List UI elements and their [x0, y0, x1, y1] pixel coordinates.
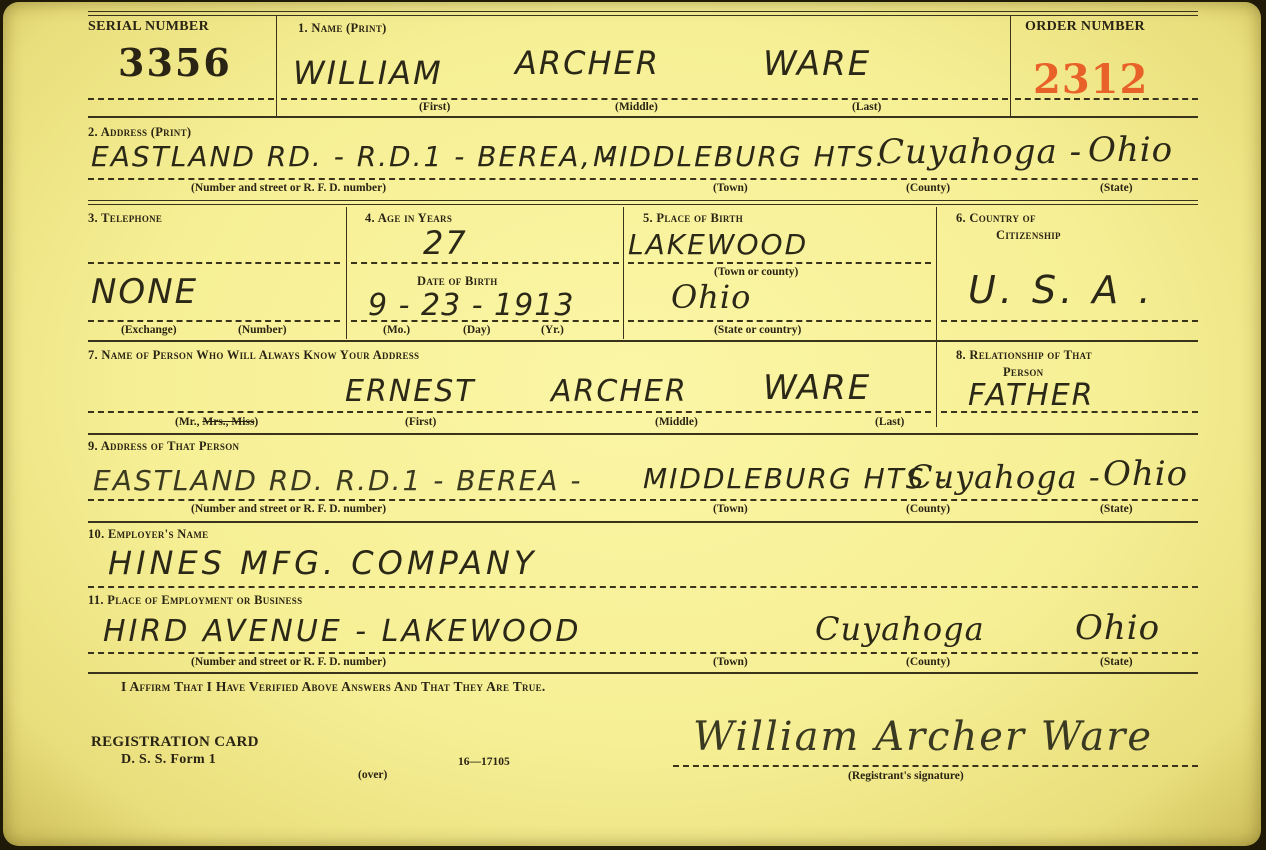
address-state-value: Ohio — [1088, 130, 1173, 170]
dob-line — [351, 320, 619, 322]
form-number: D. S. S. Form 1 — [121, 752, 216, 768]
relationship-label-line1: 8. Relationship of That — [956, 348, 1092, 363]
birthplace-label: 5. Place of Birth — [643, 211, 743, 226]
birthplace-line — [628, 262, 931, 264]
serial-line — [88, 98, 274, 100]
relationship-value: Father — [968, 378, 1095, 413]
employment-town-sublabel: (Town) — [713, 656, 748, 668]
registration-card-title: REGISTRATION CARD — [91, 734, 259, 751]
order-number-value: 2312 — [1033, 56, 1148, 103]
telephone-number-sublabel: (Number) — [238, 324, 287, 336]
telephone-line — [88, 262, 340, 264]
contact-address-state-sublabel: (State) — [1100, 503, 1133, 515]
telephone-label: 3. Telephone — [88, 211, 162, 226]
dob-year-sublabel: (Yr.) — [541, 324, 564, 336]
contact-address-town-value: Middleburg Hts - — [643, 462, 949, 495]
divider — [276, 16, 277, 116]
date-of-birth-label: Date of Birth — [417, 274, 498, 289]
employment-place-county-value: Cuyahoga — [815, 610, 985, 648]
registrant-signature: William Archer Ware — [693, 714, 1153, 760]
dob-month-sublabel: (Mo.) — [383, 324, 410, 336]
address-state-sublabel: (State) — [1100, 182, 1133, 194]
address-county-sublabel: (County) — [906, 182, 950, 194]
telephone-exchange-sublabel: (Exchange) — [121, 324, 177, 336]
name-first-value: William — [293, 54, 443, 92]
title-mr: (Mr., — [175, 416, 199, 428]
citizenship-line — [941, 320, 1198, 322]
name-last-value: Ware — [763, 44, 871, 84]
name-middle-value: Archer — [515, 44, 660, 82]
telephone-value: None — [91, 272, 198, 312]
birthplace-town-value: Lakewood — [628, 228, 808, 261]
name-first-sublabel: (First) — [419, 101, 450, 113]
contact-first-sublabel: (First) — [405, 416, 436, 428]
telephone-line — [88, 320, 340, 322]
employer-line — [88, 586, 1198, 588]
date-of-birth-value: 9 - 23 - 1913 — [368, 288, 574, 323]
contact-title-sublabel: (Mr., Mrs., Miss) — [175, 416, 258, 428]
age-value: 27 — [423, 224, 468, 262]
employment-state-sublabel: (State) — [1100, 656, 1133, 668]
employer-label: 10. Employer's Name — [88, 527, 208, 542]
order-number-label: ORDER NUMBER — [1025, 19, 1145, 35]
address-street-sublabel: (Number and street or R. F. D. number) — [191, 182, 386, 194]
name-middle-sublabel: (Middle) — [615, 101, 658, 113]
employment-place-line — [88, 652, 1198, 654]
contact-address-town-sublabel: (Town) — [713, 503, 748, 515]
contact-address-street-value: Eastland Rd. R.D.1 - Berea - — [93, 464, 582, 497]
draft-registration-card: SERIAL NUMBER 3356 1. Name (Print) Willi… — [3, 2, 1261, 846]
contact-address-label: 9. Address of That Person — [88, 439, 239, 454]
birthplace-line — [628, 320, 931, 322]
citizenship-value: U. S. A . — [968, 268, 1154, 312]
address-label: 2. Address (Print) — [88, 125, 191, 140]
birthplace-state-sublabel: (State or country) — [714, 324, 801, 336]
name-label: 1. Name (Print) — [298, 21, 387, 36]
signature-line — [673, 765, 1198, 767]
row-rule — [88, 521, 1198, 523]
employment-place-street-value: Hird Avenue - Lakewood — [103, 614, 582, 649]
dob-day-sublabel: (Day) — [463, 324, 490, 336]
relationship-line — [941, 411, 1198, 413]
contact-address-line — [88, 499, 1198, 501]
contact-last-sublabel: (Last) — [875, 416, 904, 428]
name-last-sublabel: (Last) — [852, 101, 881, 113]
employment-street-sublabel: (Number and street or R. F. D. number) — [191, 656, 386, 668]
address-county-value: Cuyahoga - — [878, 132, 1082, 172]
divider — [936, 207, 937, 427]
row-rule — [88, 116, 1198, 118]
age-line — [351, 262, 619, 264]
top-rule — [88, 11, 1198, 16]
contact-address-county-sublabel: (County) — [906, 503, 950, 515]
employment-county-sublabel: (County) — [906, 656, 950, 668]
employment-place-state-value: Ohio — [1075, 608, 1160, 648]
citizenship-label-line2: Citizenship — [996, 228, 1061, 243]
signature-sublabel: (Registrant's signature) — [848, 770, 964, 782]
over-note: (over) — [358, 769, 387, 781]
contact-line — [88, 411, 931, 413]
row-rule — [88, 340, 1198, 342]
title-mrs-miss-struck: Mrs., Miss — [202, 416, 254, 428]
divider — [346, 207, 347, 339]
row-rule — [88, 672, 1198, 674]
divider — [1010, 16, 1011, 116]
title-end: ) — [254, 416, 258, 428]
serial-number-value: 3356 — [118, 40, 232, 85]
address-town-value: Middleburg Hts. — [593, 140, 886, 173]
divider — [623, 207, 624, 339]
contact-last-value: Ware — [763, 368, 871, 408]
employment-place-label: 11. Place of Employment or Business — [88, 593, 302, 608]
citizenship-label-line1: 6. Country of — [956, 211, 1036, 226]
affirmation-text: I Affirm That I Have Verified Above Answ… — [121, 679, 546, 695]
name-line — [281, 98, 1008, 100]
address-town-sublabel: (Town) — [713, 182, 748, 194]
address-line — [88, 178, 1198, 180]
birthplace-state-value: Ohio — [671, 278, 751, 316]
employer-value: Hines Mfg. Company — [108, 544, 538, 582]
contact-middle-value: Archer — [551, 374, 688, 409]
print-code: 16—17105 — [458, 756, 510, 768]
contact-address-street-sublabel: (Number and street or R. F. D. number) — [191, 503, 386, 515]
contact-person-label: 7. Name of Person Who Will Always Know Y… — [88, 348, 419, 363]
contact-middle-sublabel: (Middle) — [655, 416, 698, 428]
row-rule — [88, 433, 1198, 435]
address-street-value: Eastland Rd. - R.D.1 - Berea, - — [91, 140, 615, 173]
serial-number-label: SERIAL NUMBER — [88, 19, 209, 35]
order-line — [1015, 98, 1198, 100]
contact-first-value: Ernest — [345, 374, 476, 409]
contact-address-county-value: Cuyahoga - — [908, 458, 1101, 496]
birthplace-town-sublabel: (Town or county) — [714, 266, 798, 278]
row-rule — [88, 200, 1198, 205]
contact-address-state-value: Ohio — [1103, 454, 1188, 494]
